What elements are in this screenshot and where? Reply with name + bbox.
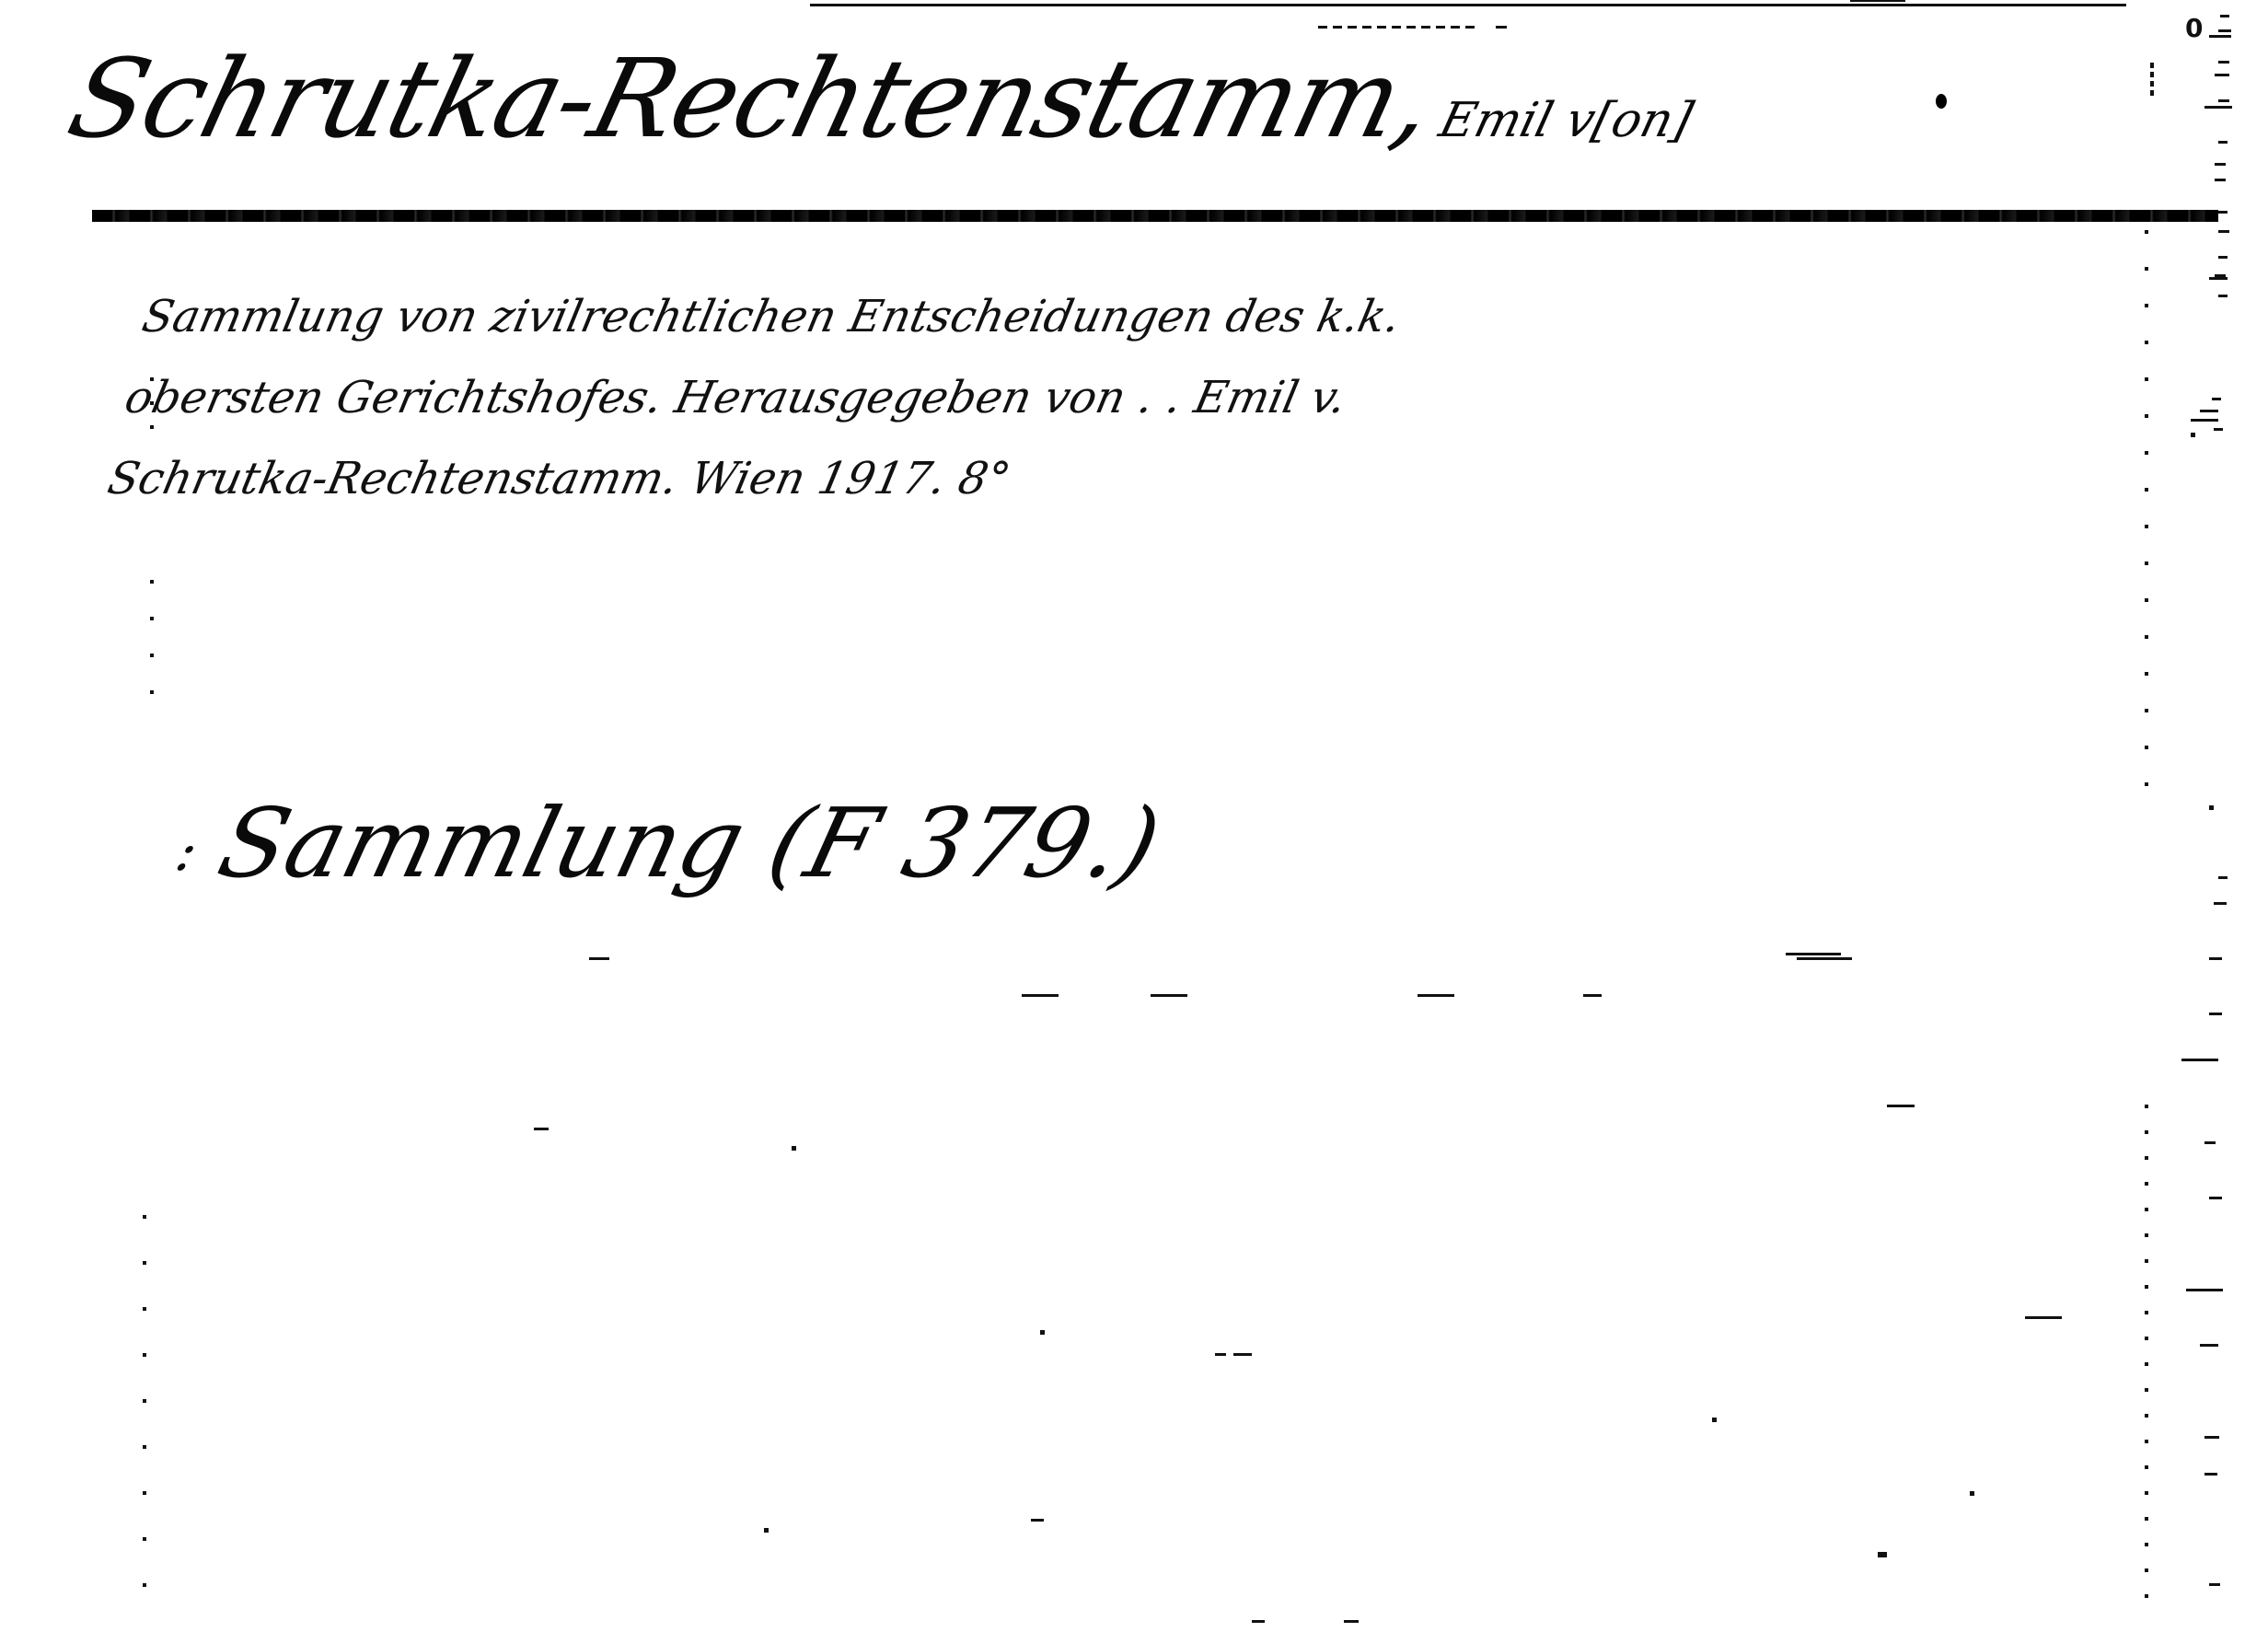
- scan-speck: [2200, 410, 2218, 412]
- scan-speck: [1022, 994, 1059, 997]
- body-line-2: obersten Gerichtshofes. Herausgegeben vo…: [118, 357, 2114, 438]
- ink-dot: [1936, 94, 1947, 109]
- scan-speck: [1712, 1418, 1717, 1422]
- body-line-3: Schrutka-Rechtenstamm. Wien 1917. 8°: [100, 438, 2097, 519]
- scan-speck: [1344, 1620, 1359, 1623]
- scan-speck: [792, 1146, 796, 1151]
- card-body: Sammlung von zivilrechtlichen Entscheidu…: [100, 276, 2131, 519]
- scan-speck: [2220, 15, 2229, 17]
- scan-speck: [2209, 277, 2227, 280]
- right-margin-dots: [2145, 230, 2148, 801]
- cross-reference-text: Sammlung (F 379.): [208, 787, 1171, 899]
- scan-speck: [2218, 876, 2227, 879]
- top-edge-mark: [1850, 0, 1905, 2]
- body-line-1: Sammlung von zivilrechtlichen Entscheidu…: [134, 276, 2131, 357]
- heading-divider-rule: [92, 210, 2218, 222]
- scan-speck: [2191, 433, 2195, 437]
- scan-speck: [2204, 1141, 2216, 1144]
- scan-speck: [2200, 1344, 2218, 1347]
- heading-surname: Schrutka-Rechtenstamm,: [57, 35, 1446, 162]
- left-margin-dots: [143, 1215, 146, 1620]
- scan-speck: [2209, 35, 2231, 38]
- scan-speck: [2218, 61, 2229, 64]
- scan-speck: [2209, 1197, 2222, 1199]
- scan-speck: [764, 1528, 769, 1533]
- scan-speck: [2214, 428, 2223, 431]
- scan-speck: [1786, 953, 1841, 955]
- scan-speck: [2215, 179, 2226, 181]
- scan-speck: [2218, 230, 2229, 233]
- scan-speck: [2218, 29, 2231, 32]
- scan-speck: [2204, 106, 2232, 109]
- scan-speck: [2218, 141, 2227, 144]
- card-heading: Schrutka-Rechtenstamm,Emil v[on]: [57, 35, 1712, 162]
- scan-speck: [2181, 1059, 2218, 1061]
- scan-speck: [1970, 1491, 1974, 1496]
- scan-speck: [2218, 211, 2227, 214]
- scan-speck: [2215, 74, 2229, 76]
- left-margin-dots: [150, 377, 154, 433]
- scan-speck: [2218, 99, 2229, 102]
- scan-speck: [534, 1128, 549, 1130]
- scan-speck: [1496, 26, 1507, 29]
- scan-speck: [2209, 957, 2222, 960]
- scan-speck: [2209, 1583, 2220, 1586]
- scan-speck: [2218, 256, 2227, 259]
- catalog-card: 0 Schrutka-Rechtenstamm,Emil v[on] Samml…: [0, 0, 2268, 1632]
- scan-speck: [1878, 1552, 1887, 1557]
- scan-speck: [1252, 1620, 1265, 1623]
- scan-speck: [2215, 163, 2226, 166]
- scan-speck: [2191, 419, 2218, 422]
- cross-reference-prefix: :: [169, 819, 204, 884]
- scan-speck: [1233, 1353, 1252, 1356]
- scan-speck: [2218, 295, 2227, 297]
- scan-speck: [1151, 994, 1187, 997]
- scan-speck: [2150, 63, 2154, 96]
- scan-speck: [1417, 994, 1454, 997]
- scan-speck: [1797, 957, 1852, 960]
- right-margin-dots: [2145, 1105, 2148, 1620]
- cross-reference: :Sammlung (F 379.): [166, 787, 1171, 899]
- scan-speck: [1887, 1105, 1915, 1107]
- scan-speck: [1318, 26, 1475, 29]
- scan-speck: [1215, 1353, 1226, 1356]
- scan-speck: [2204, 1473, 2217, 1476]
- corner-mark: 0: [2185, 13, 2203, 43]
- scan-speck: [1031, 1519, 1044, 1522]
- scan-speck: [2209, 1013, 2222, 1015]
- scan-speck: [589, 957, 609, 960]
- scan-speck: [2186, 1289, 2223, 1291]
- scan-speck: [1583, 994, 1602, 997]
- scan-speck: [2214, 902, 2227, 905]
- scan-speck: [2204, 1436, 2219, 1439]
- scan-speck: [1040, 1330, 1045, 1335]
- scan-speck: [2025, 1316, 2062, 1319]
- scan-speck: [2209, 805, 2214, 810]
- scan-speck: [2212, 398, 2221, 400]
- top-edge-rule: [810, 4, 2126, 6]
- heading-given-name: Emil v[on]: [1434, 93, 1698, 148]
- left-margin-dots: [150, 580, 154, 727]
